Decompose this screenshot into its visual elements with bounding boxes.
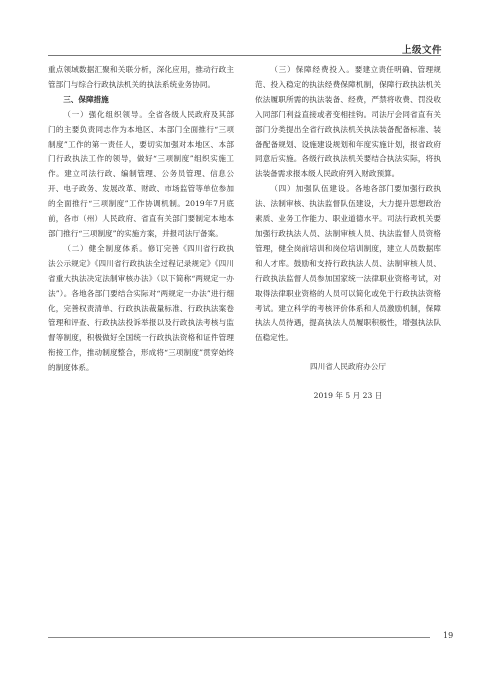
- right-column: （三）保障经费投入。要建立责任明确、管理规范、投入稳定的执法经费保障机制，保障行…: [255, 63, 441, 404]
- paragraph: 重点领域数据汇聚和关联分析，深化应用，推动行政主管部门与综合行政执法机关的执法系…: [48, 63, 234, 93]
- signature: 四川省人民政府办公厅: [255, 360, 441, 375]
- paragraph-body: 修订完善《四川省行政执法公示规定》《四川省行政执法全过程记录规定》《四川省重大执…: [48, 244, 234, 372]
- section-heading: 三、保障措施: [48, 93, 234, 108]
- paragraph-body: 要建立责任明确、管理规范、投入稳定的执法经费保障机制，保障行政执法机关依法履职所…: [255, 65, 441, 178]
- paragraph: （二）健全制度体系。修订完善《四川省行政执法公示规定》《四川省行政执法全过程记录…: [48, 242, 234, 376]
- page-number: 19: [443, 631, 453, 640]
- paragraph: （三）保障经费投入。要建立责任明确、管理规范、投入稳定的执法经费保障机制，保障行…: [255, 63, 441, 182]
- paragraph-keyword: （一）强化组织领导。: [63, 110, 148, 119]
- header-divider: [48, 55, 441, 56]
- paragraph-keyword: （四）加强队伍建设。: [270, 184, 355, 193]
- left-column: 重点领域数据汇聚和关联分析，深化应用，推动行政主管部门与综合行政执法机关的执法系…: [48, 63, 234, 376]
- paragraph-body: 各地各部门要加强行政执法、法制审核、执法监督队伍建设，大力提升思想政治素质、业务…: [255, 184, 441, 342]
- paragraph-keyword: （三）保障经费投入。: [270, 65, 355, 74]
- paragraph: （一）强化组织领导。全省各级人民政府及其部门的主要负责同志作为本地区、本部门全面…: [48, 108, 234, 242]
- paragraph: （四）加强队伍建设。各地各部门要加强行政执法、法制审核、执法监督队伍建设，大力提…: [255, 182, 441, 346]
- paragraph-body: 全省各级人民政府及其部门的主要负责同志作为本地区、本部门全面推行“三项制度”工作…: [48, 110, 234, 238]
- section-header-label: 上级文件: [402, 42, 442, 56]
- paragraph-keyword: （二）健全制度体系。: [63, 244, 148, 253]
- footer-divider: [48, 637, 430, 638]
- signature-date: 2019 年 5 月 23 日: [255, 389, 441, 404]
